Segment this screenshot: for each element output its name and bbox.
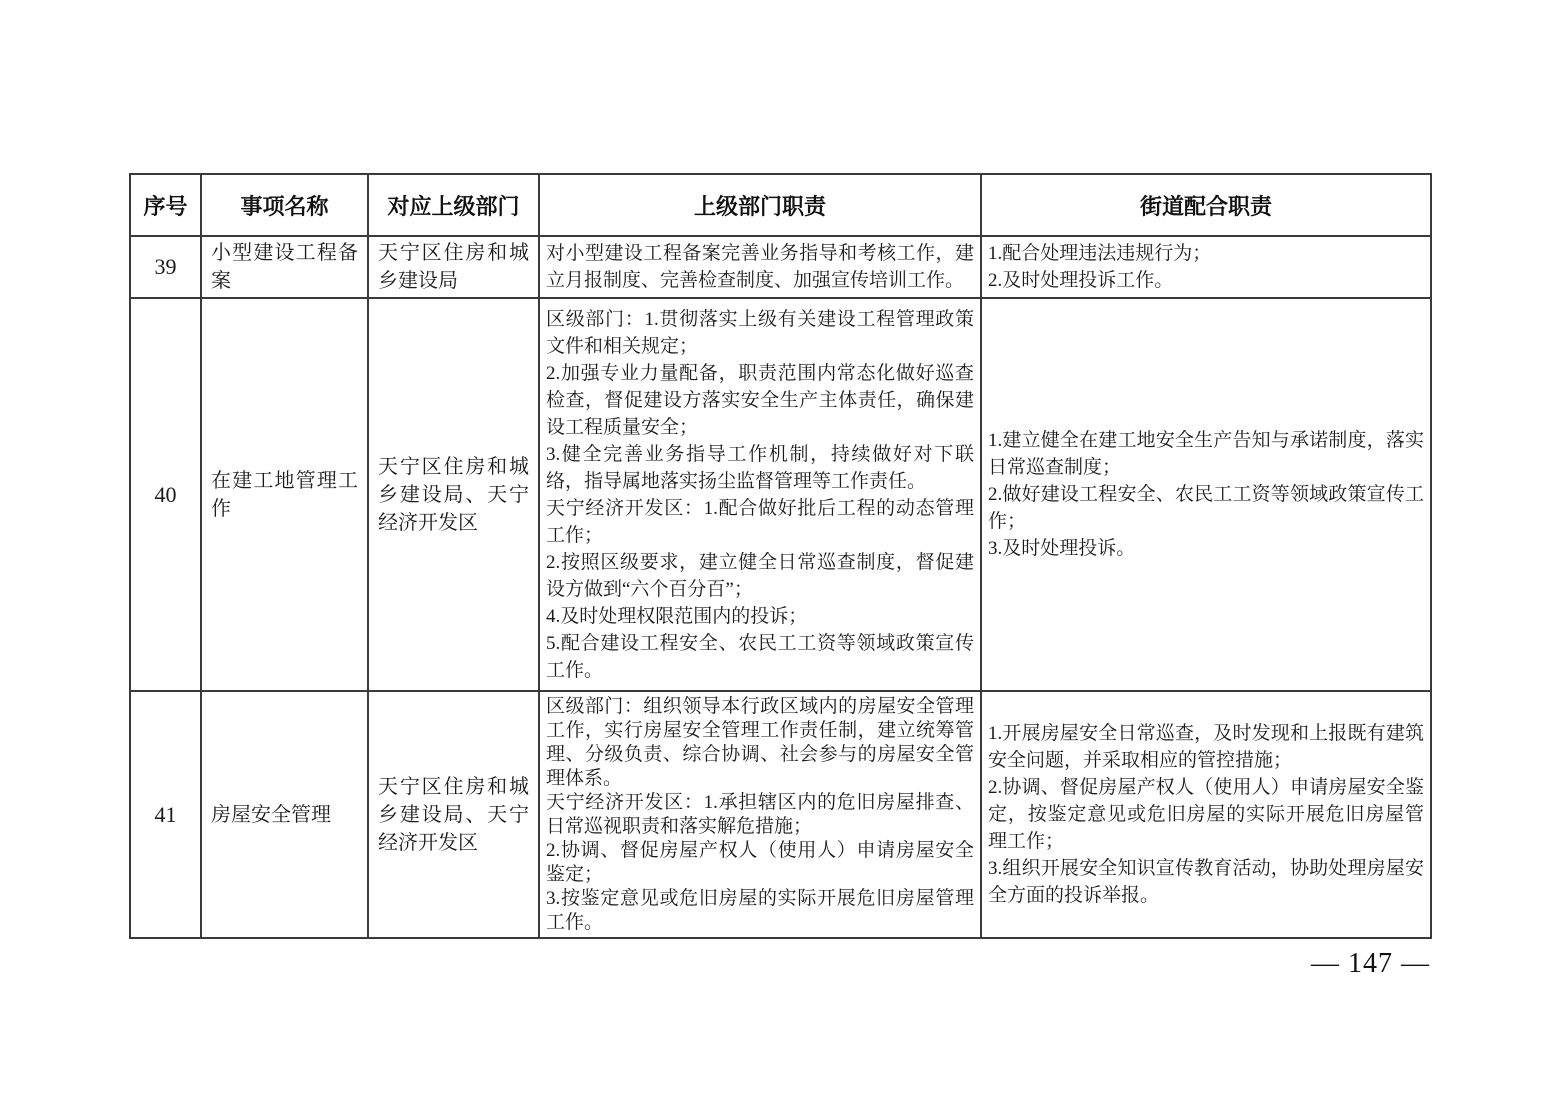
superior-department: 天宁区住房和城乡建设局 [368,236,539,298]
item-name: 房屋安全管理 [201,691,368,938]
row-serial-number: 40 [130,298,201,691]
table-header-row: 序号 事项名称 对应上级部门 上级部门职责 街道配合职责 [130,174,1431,236]
street-duties: 1.配合处理违法违规行为； 2.及时处理投诉工作。 [981,236,1431,298]
column-header-superior-duties: 上级部门职责 [539,174,981,236]
street-duties: 1.开展房屋安全日常巡查，及时发现和上报既有建筑安全问题，并采取相应的管控措施；… [981,691,1431,938]
table-row: 39 小型建设工程备案 天宁区住房和城乡建设局 对小型建设工程备案完善业务指导和… [130,236,1431,298]
item-name: 在建工地管理工作 [201,298,368,691]
table-row: 41 房屋安全管理 天宁区住房和城乡建设局、天宁经济开发区 区级部门：组织领导本… [130,691,1431,938]
street-duties: 1.建立健全在建工地安全生产告知与承诺制度，落实日常巡查制度； 2.做好建设工程… [981,298,1431,691]
item-name: 小型建设工程备案 [201,236,368,298]
page-number: — 147 — [1130,948,1430,980]
table-row: 40 在建工地管理工作 天宁区住房和城乡建设局、天宁经济开发区 区级部门：1.贯… [130,298,1431,691]
superior-department: 天宁区住房和城乡建设局、天宁经济开发区 [368,298,539,691]
row-serial-number: 41 [130,691,201,938]
superior-duties: 区级部门：1.贯彻落实上级有关建设工程管理政策文件和相关规定； 2.加强专业力量… [539,298,981,691]
column-header-item-name: 事项名称 [201,174,368,236]
superior-department: 天宁区住房和城乡建设局、天宁经济开发区 [368,691,539,938]
column-header-serial-number: 序号 [130,174,201,236]
responsibilities-table: 序号 事项名称 对应上级部门 上级部门职责 街道配合职责 39 小型建设工程备案… [129,173,1432,939]
column-header-superior-department: 对应上级部门 [368,174,539,236]
superior-duties: 对小型建设工程备案完善业务指导和考核工作，建立月报制度、完善检查制度、加强宣传培… [539,236,981,298]
superior-duties: 区级部门：组织领导本行政区域内的房屋安全管理工作，实行房屋安全管理工作责任制，建… [539,691,981,938]
row-serial-number: 39 [130,236,201,298]
column-header-street-duties: 街道配合职责 [981,174,1431,236]
document-page: 序号 事项名称 对应上级部门 上级部门职责 街道配合职责 39 小型建设工程备案… [0,0,1559,1102]
